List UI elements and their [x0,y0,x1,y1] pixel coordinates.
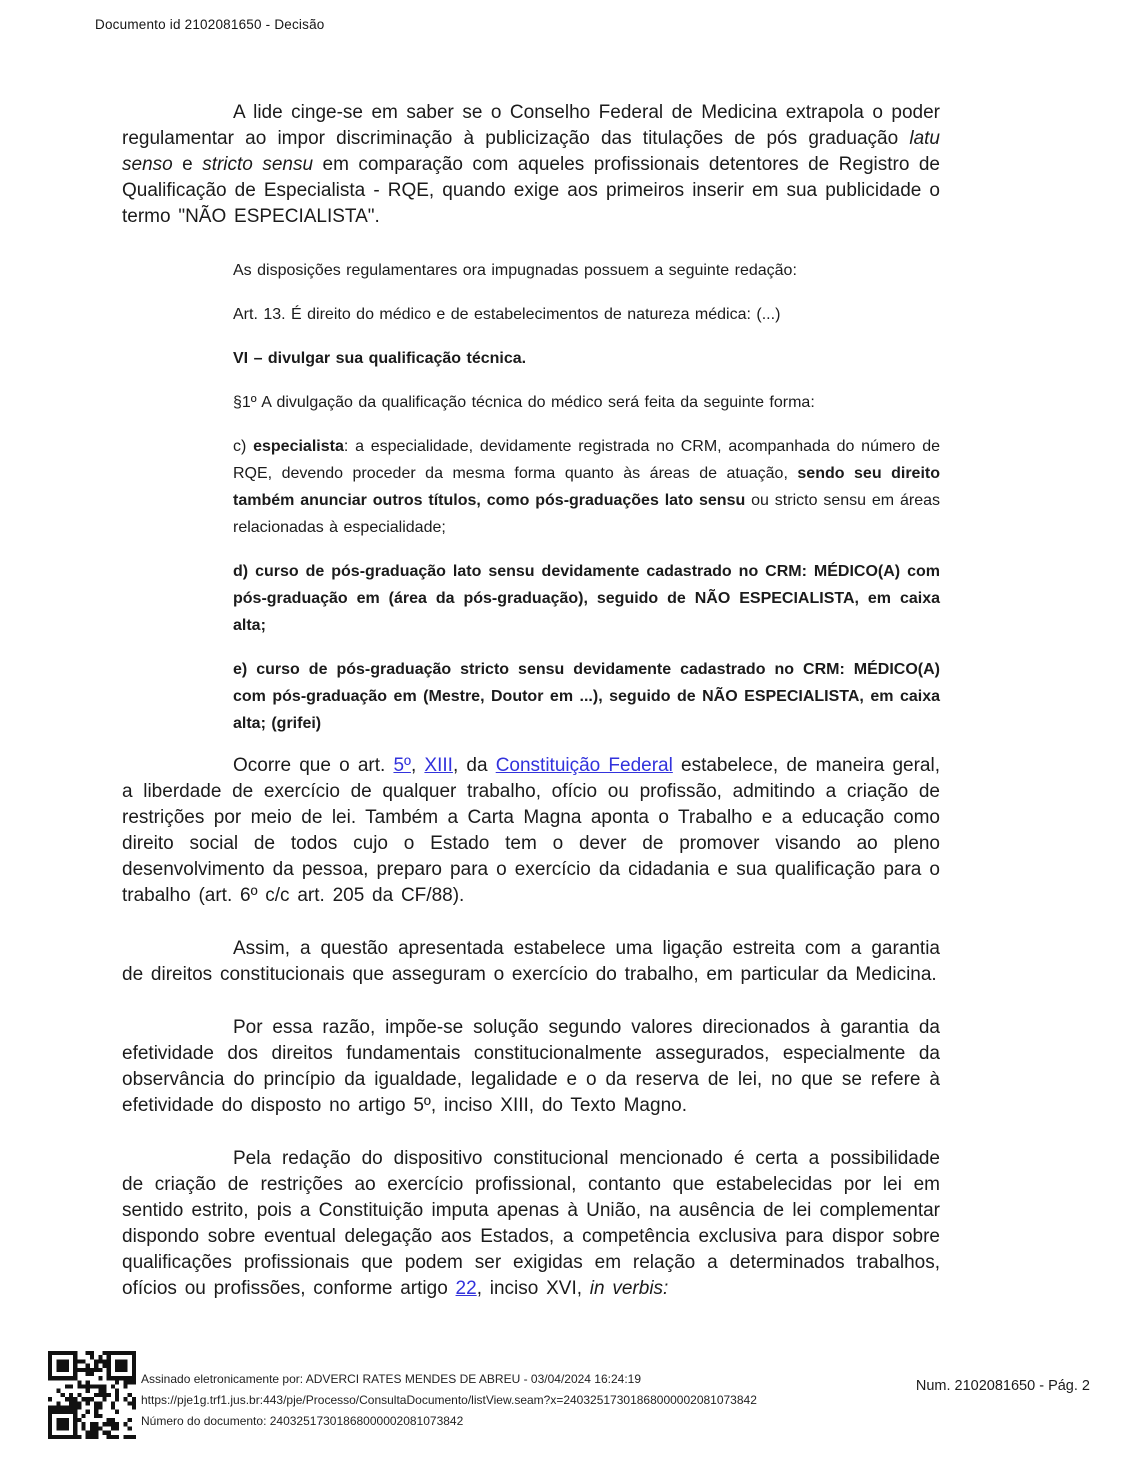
quote-alinea-e: e) curso de pós-graduação stricto sensu … [233,656,940,737]
link-inciso-xiii[interactable]: XIII [424,755,453,776]
paragraph-por-essa-razao: Por essa razão, impõe-se solução segundo… [122,1015,940,1119]
paragraph-pela-redacao-text: , inciso XVI, [477,1278,590,1299]
document-id-header: Documento id 2102081650 - Decisão [95,17,325,32]
latin-term-in-verbis: in verbis: [590,1278,669,1299]
quote-alinea-c-bold: especialista [253,438,344,455]
latin-term-stricto-sensu: stricto sensu [202,154,313,175]
link-constituicao-federal[interactable]: Constituição Federal [496,755,673,776]
paragraph-ocorre-text: , da [453,755,496,776]
document-url: https://pje1g.trf1.jus.br:443/pje/Proces… [141,1390,757,1411]
paragraph-pela-redacao: Pela redação do dispositivo constitucion… [122,1146,940,1302]
paragraph-lide: A lide cinge-se em saber se o Conselho F… [122,100,940,230]
paragraph-ocorre-text: , [411,755,424,776]
signature-block: Assinado eletronicamente por: ADVERCI RA… [141,1369,757,1432]
page-number-label: Num. 2102081650 - Pág. 2 [916,1378,1090,1394]
paragraph-lide-text: A lide cinge-se em saber se o Conselho F… [122,102,940,149]
paragraph-ocorre-text: Ocorre que o art. [233,755,393,776]
document-body: A lide cinge-se em saber se o Conselho F… [122,100,940,1329]
document-number: Número do documento: 2403251730186800000… [141,1411,757,1432]
link-art-22[interactable]: 22 [456,1278,477,1299]
quote-inciso-vi: VI – divulgar sua qualificação técnica. [233,345,940,372]
link-art-5[interactable]: 5º [393,755,411,776]
paragraph-ocorre-text: estabelece, de maneira geral, a liberdad… [122,755,940,906]
paragraph-ocorre: Ocorre que o art. 5º, XIII, da Constitui… [122,753,940,909]
quote-alinea-d: d) curso de pós-graduação lato sensu dev… [233,558,940,639]
paragraph-pela-redacao-text: Pela redação do dispositivo constitucion… [122,1148,940,1299]
qr-code-icon [47,1351,137,1439]
quote-alinea-c-text: c) [233,438,253,455]
paragraph-lide-text: e [173,154,203,175]
quote-intro: As disposições regulamentares ora impugn… [233,257,940,284]
quote-art13: Art. 13. É direito do médico e de estabe… [233,301,940,328]
quote-alinea-c: c) especialista: a especialidade, devida… [233,433,940,541]
paragraph-assim: Assim, a questão apresentada estabelece … [122,936,940,988]
quote-paragrafo-1: §1º A divulgação da qualificação técnica… [233,389,940,416]
signature-line: Assinado eletronicamente por: ADVERCI RA… [141,1369,757,1390]
